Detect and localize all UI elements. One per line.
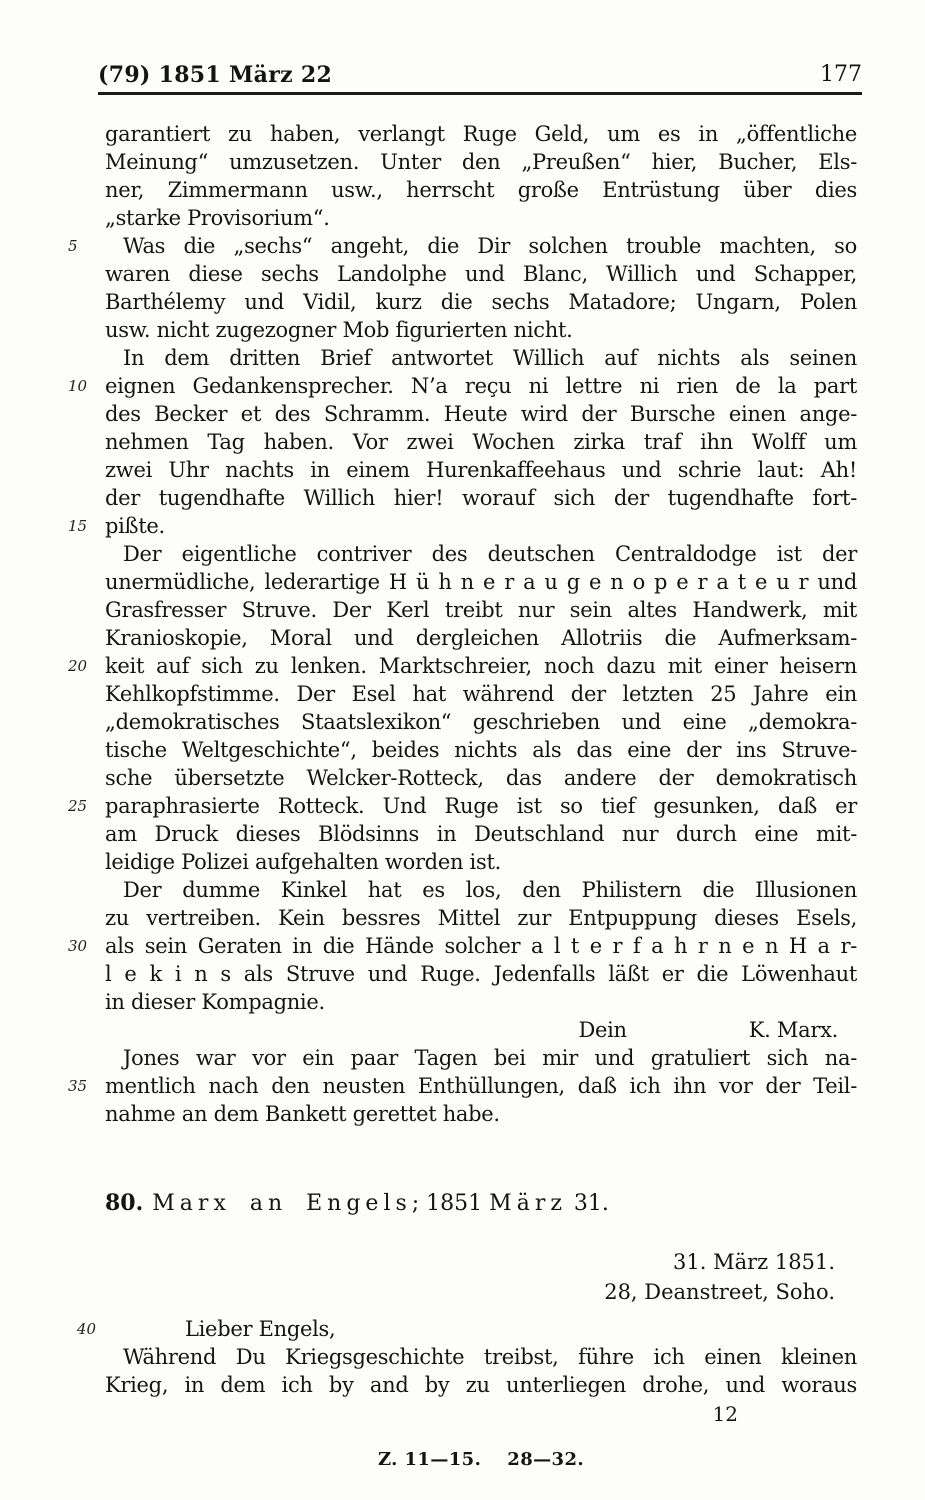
paragraph: Was die „sechs“ angeht, die Dir solchen … — [105, 232, 857, 344]
text-line: nehmen Tag haben. Vor zwei Wochen zirka … — [105, 428, 857, 456]
text-line: Während Du Kriegsgeschichte treibst, füh… — [105, 1343, 857, 1371]
text-line: sche übersetzte Welcker-Rotteck, das and… — [105, 764, 857, 792]
text-line: in dieser Kompagnie. — [105, 988, 857, 1016]
text-line: ner, Zimmermann usw., herrscht große Ent… — [105, 176, 857, 204]
text-line: unermüdliche, lederartige H ü h n e r a … — [105, 568, 857, 596]
text-line: usw. nicht zugezogner Mob figurierten ni… — [105, 316, 857, 344]
text-line: der tugendhafte Willich hier! worauf sic… — [105, 484, 857, 512]
paragraph: Jones war vor ein paar Tagen bei mir und… — [105, 1044, 857, 1128]
text-line: Der eigentliche contriver des deutschen … — [105, 540, 857, 568]
paragraph: Während Du Kriegsgeschichte treibst, füh… — [105, 1343, 857, 1399]
text-line: leidige Polizei aufgehalten worden ist. — [105, 848, 857, 876]
letter-number: 80. — [105, 1190, 143, 1216]
text-line: keit auf sich zu lenken. Marktschreier, … — [105, 652, 857, 680]
text-line: als sein Geraten in die Hände solcher a … — [105, 932, 857, 960]
running-header: (79) 1851 März 22 — [98, 62, 332, 88]
letter-79-postscript: Jones war vor ein paar Tagen bei mir und… — [105, 1044, 857, 1128]
page-number: 177 — [820, 62, 862, 88]
paragraph: Der dumme Kinkel hat es los, den Philist… — [105, 876, 857, 1016]
text-line: zwei Uhr nachts in einem Hurenkaffeehaus… — [105, 456, 857, 484]
text-line: waren diese sechs Landolphe und Blanc, W… — [105, 260, 857, 288]
text-line: Krieg, in dem ich by and by zu unterlieg… — [105, 1371, 857, 1399]
apparatus-note: Z. 11—15. 28—32. — [105, 1449, 857, 1471]
text-line: Der dumme Kinkel hat es los, den Philist… — [105, 876, 857, 904]
letter-79-signature-row: Dein K. Marx. — [105, 1016, 857, 1044]
book-page: (79) 1851 März 22 177 garantiert zu habe… — [0, 0, 925, 1500]
text-line: Meinung“ umzusetzen. Unter den „Preußen“… — [105, 148, 857, 176]
letter-80-body: Während Du Kriegsgeschichte treibst, füh… — [105, 1343, 857, 1399]
text-line: am Druck dieses Blödsinns in Deutschland… — [105, 820, 857, 848]
letter-title: Marx an Engels — [152, 1191, 412, 1216]
text-line: l e k i n s als Struve und Ruge. Jedenfa… — [105, 960, 857, 988]
apparatus-note-right: 28—32. — [507, 1449, 584, 1471]
letter-title-month: März — [489, 1191, 567, 1216]
letter-79-body: garantiert zu haben, verlangt Ruge Geld,… — [105, 120, 857, 1016]
text-line: des Becker et des Schramm. Heute wird de… — [105, 400, 857, 428]
text-line: Was die „sechs“ angeht, die Dir solchen … — [105, 232, 857, 260]
letter-80-dateblock: 31. März 1851. 28, Deanstreet, Soho. — [105, 1247, 857, 1307]
valediction: Dein — [578, 1016, 626, 1044]
text-line: nahme an dem Bankett gerettet habe. — [105, 1100, 857, 1128]
paragraph: In dem dritten Brief antwortet Willich a… — [105, 344, 857, 540]
margin-line-number: 35 — [68, 1077, 96, 1095]
margin-line-number: 10 — [68, 377, 96, 395]
printers-signature-mark: 12 — [105, 1403, 857, 1425]
text-line: mentlich nach den neusten Enthüllungen, … — [105, 1072, 857, 1100]
margin-line-number: 25 — [68, 797, 96, 815]
text-line: Barthélemy und Vidil, kurz die sechs Mat… — [105, 288, 857, 316]
salutation-row: 40 Lieber Engels, — [105, 1315, 857, 1343]
paragraph: Der eigentliche contriver des deutschen … — [105, 540, 857, 876]
text-line: Jones war vor ein paar Tagen bei mir und… — [105, 1044, 857, 1072]
text-line: Kehlkopfstimme. Der Esel hat während der… — [105, 680, 857, 708]
running-header-row: (79) 1851 März 22 177 — [98, 62, 862, 95]
text-line: „starke Provisorium“. — [105, 204, 857, 232]
text-line: zu vertreiben. Kein bessres Mittel zur E… — [105, 904, 857, 932]
margin-line-number: 15 — [68, 517, 96, 535]
letter-80-heading: 80.Marx an Engels; 1851 März 31. — [105, 1188, 857, 1219]
text-line: „demokratisches Staatslexikon“ geschrieb… — [105, 708, 857, 736]
apparatus-note-left: Z. 11—15. — [378, 1449, 481, 1471]
signature-name: K. Marx. — [749, 1016, 838, 1044]
letter-title-day: 31. — [567, 1191, 609, 1216]
text-line: In dem dritten Brief antwortet Willich a… — [105, 344, 857, 372]
text-line: paraphrasierte Rotteck. Und Ruge ist so … — [105, 792, 857, 820]
letter-date: 31. März 1851. — [105, 1247, 835, 1277]
text-line: eignen Gedankensprecher. N’a reçu ni let… — [105, 372, 857, 400]
paragraph: garantiert zu haben, verlangt Ruge Geld,… — [105, 120, 857, 232]
margin-line-number: 30 — [68, 937, 96, 955]
margin-line-number: 5 — [68, 237, 96, 255]
letter-title-separator: ; 1851 — [412, 1191, 489, 1216]
text-line: Kranioskopie, Moral und dergleichen Allo… — [105, 624, 857, 652]
text-column: garantiert zu haben, verlangt Ruge Geld,… — [105, 120, 857, 1471]
margin-line-number: 20 — [68, 657, 96, 675]
salutation: Lieber Engels, — [185, 1317, 335, 1341]
text-line: tische Weltgeschichte“, beides nichts al… — [105, 736, 857, 764]
text-line: pißte.15 — [105, 512, 857, 540]
letter-address: 28, Deanstreet, Soho. — [105, 1277, 835, 1307]
text-line: Grasfresser Struve. Der Kerl treibt nur … — [105, 596, 857, 624]
text-line: garantiert zu haben, verlangt Ruge Geld,… — [105, 120, 857, 148]
margin-line-number: 40 — [68, 1320, 96, 1338]
